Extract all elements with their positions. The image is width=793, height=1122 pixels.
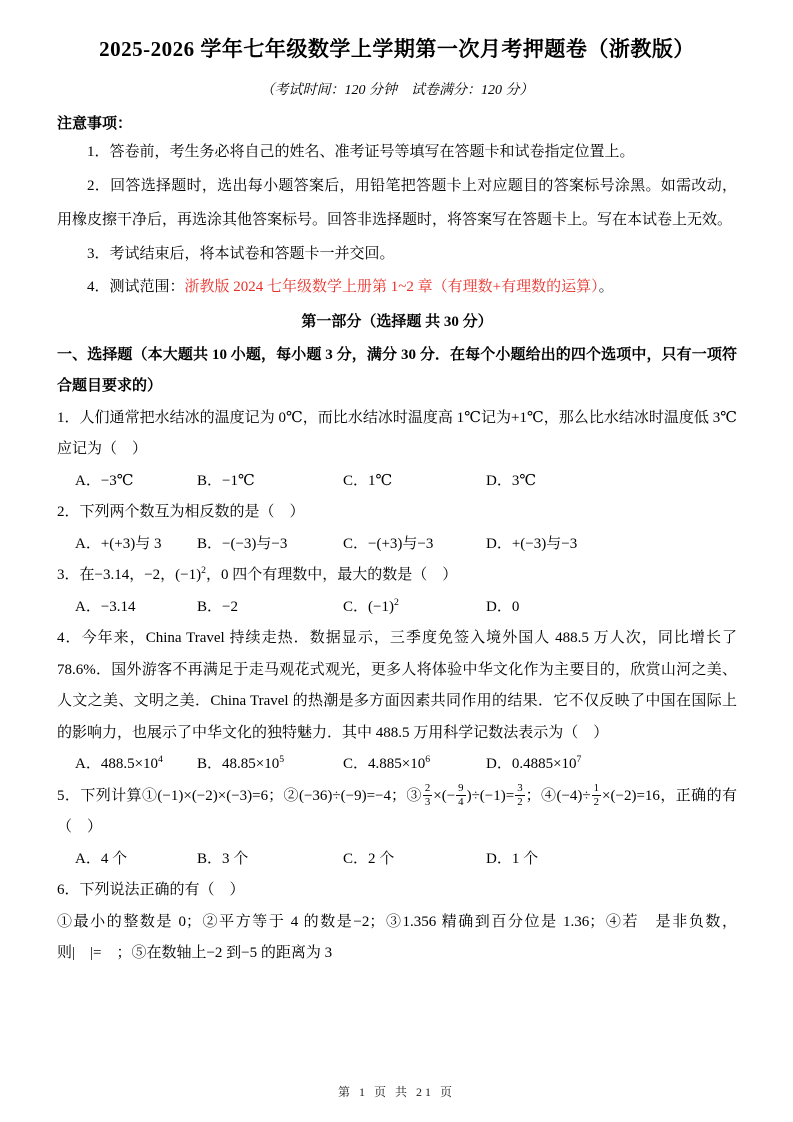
page-title: 2025-2026 学年七年级数学上学期第一次月考押题卷（浙教版） [57,34,737,64]
question-1-options: A．−3℃ B．−1℃ C．1℃ D．3℃ [57,466,737,498]
page-number-footer: 第 1 页 共 21 页 [0,1083,793,1100]
question-5-stem: 5．下列计算①(−1)×(−2)×(−3)=6；②(−36)÷(−9)=−4；③… [57,781,737,844]
question-5-option-b: B．3 个 [197,844,343,876]
question-3-option-d: D．0 [486,592,737,624]
question-2-options: A．+(+3)与 3 B．−(−3)与−3 C．−(+3)与−3 D．+(−3)… [57,529,737,561]
question-5-option-d: D．1 个 [486,844,737,876]
question-4-option-c: C．4.885×106 [343,749,486,781]
question-6-statements: ①最小的整数是 0；②平方等于 4 的数是−2；③1.356 精确到百分位是 1… [57,907,737,970]
question-1-stem: 1．人们通常把水结冰的温度记为 0℃，而比水结冰时温度高 1℃记为+1℃，那么比… [57,403,737,466]
question-2-option-c: C．−(+3)与−3 [343,529,486,561]
question-3-option-a: A．−3.14 [75,592,197,624]
notice-item-1: 1．答卷前，考生务必将自己的姓名、准考证号等填写在答题卡和试卷指定位置上。 [57,136,737,170]
question-3-option-c: C．(−1)2 [343,592,486,624]
question-4: 4．今年来，China Travel 持续走热．数据显示，三季度免签入境外国人 … [57,623,737,781]
question-6: 6．下列说法正确的有（ ） ①最小的整数是 0；②平方等于 4 的数是−2；③1… [57,875,737,970]
question-1-option-c: C．1℃ [343,466,486,498]
notice-heading: 注意事项： [57,112,737,136]
question-2-option-b: B．−(−3)与−3 [197,529,343,561]
question-4-options: A．488.5×104 B．48.85×105 C．4.885×106 D．0.… [57,749,737,781]
question-4-option-a: A．488.5×104 [75,749,197,781]
notice-item-4-test-scope: 4．测试范围：浙教版 2024 七年级数学上册第 1~2 章（有理数+有理数的运… [57,271,737,305]
notice-section: 注意事项： 1．答卷前，考生务必将自己的姓名、准考证号等填写在答题卡和试卷指定位… [57,112,737,305]
part1-heading: 第一部分（选择题 共 30 分） [57,305,737,340]
question-5-option-c: C．2 个 [343,844,486,876]
question-3: 3．在−3.14，−2，(−1)2，0 四个有理数中，最大的数是（ ） A．−3… [57,560,737,623]
exam-time-score-info: （考试时间：120 分钟 试卷满分：120 分） [57,79,737,99]
question-1-option-b: B．−1℃ [197,466,343,498]
question-3-option-b: B．−2 [197,592,343,624]
question-4-option-b: B．48.85×105 [197,749,343,781]
question-1: 1．人们通常把水结冰的温度记为 0℃，而比水结冰时温度高 1℃记为+1℃，那么比… [57,403,737,498]
section1-intro: 一、选择题（本大题共 10 小题，每小题 3 分，满分 30 分．在每个小题给出… [57,340,737,403]
question-1-option-a: A．−3℃ [75,466,197,498]
question-3-stem: 3．在−3.14，−2，(−1)2，0 四个有理数中，最大的数是（ ） [57,560,737,592]
question-4-stem: 4．今年来，China Travel 持续走热．数据显示，三季度免签入境外国人 … [57,623,737,749]
exam-page: 2025-2026 学年七年级数学上学期第一次月考押题卷（浙教版） （考试时间：… [0,0,793,970]
question-4-option-d: D．0.4885×107 [486,749,737,781]
question-2-option-d: D．+(−3)与−3 [486,529,737,561]
notice-item-3: 3．考试结束后，将本试卷和答题卡一并交回。 [57,238,737,272]
question-5-options: A．4 个 B．3 个 C．2 个 D．1 个 [57,844,737,876]
question-1-option-d: D．3℃ [486,466,737,498]
notice-item-2: 2．回答选择题时，选出每小题答案后，用铅笔把答题卡上对应题目的答案标号涂黑。如需… [57,170,737,238]
question-5: 5．下列计算①(−1)×(−2)×(−3)=6；②(−36)÷(−9)=−4；③… [57,781,737,876]
question-5-option-a: A．4 个 [75,844,197,876]
question-6-stem: 6．下列说法正确的有（ ） [57,875,737,907]
question-2-option-a: A．+(+3)与 3 [75,529,197,561]
question-2-stem: 2．下列两个数互为相反数的是（ ） [57,497,737,529]
question-2: 2．下列两个数互为相反数的是（ ） A．+(+3)与 3 B．−(−3)与−3 … [57,497,737,560]
question-3-options: A．−3.14 B．−2 C．(−1)2 D．0 [57,592,737,624]
